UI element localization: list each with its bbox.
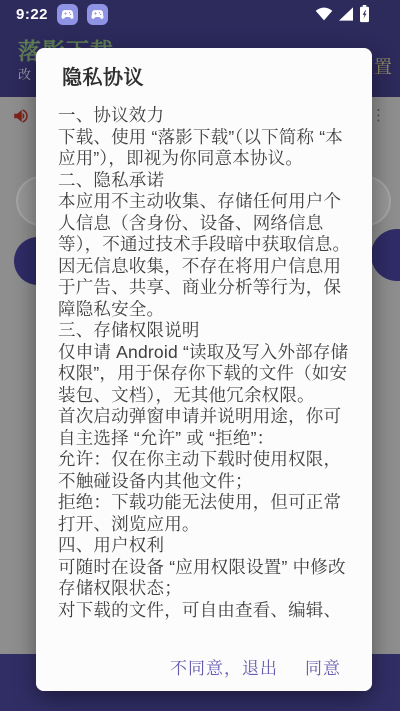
notice-text-fragment: ⋮: [371, 109, 386, 123]
privacy-dialog: 隐私协议 一、协议效力下载、使用 “落影下载”（以下简称 “本应用”），即视为你…: [36, 48, 372, 691]
dialog-title: 隐私协议: [62, 65, 372, 92]
privacy-paragraph: 仅申请 Android “读取及写入外部存储权限”，用于保存你下载的文件（如安装…: [58, 342, 351, 407]
privacy-paragraph: 因无信息收集，不存在将用户信息用于广告、共享、商业分析等行为，保障隐私安全。: [58, 256, 351, 321]
privacy-paragraph: 对下载的文件，可自由查看、编辑、: [58, 600, 351, 622]
clock: 9:22: [16, 6, 48, 23]
circle-button-right[interactable]: [371, 229, 400, 281]
privacy-paragraph: 可随时在设备 “应用权限设置” 中修改存储权限状态；: [58, 557, 351, 600]
privacy-paragraph: 三、存储权限说明: [58, 320, 351, 342]
privacy-paragraph: 允许：仅在你主动下载时使用权限，不触碰设备内其他文件；: [58, 449, 351, 492]
privacy-paragraph: 一、协议效力: [58, 105, 351, 127]
privacy-paragraph: 二、隐私承诺: [58, 170, 351, 192]
privacy-paragraph: 首次启动弹窗申请并说明用途，你可自主选择 “允许” 或 “拒绝”：: [58, 406, 351, 449]
status-bar: 9:22: [0, 0, 400, 28]
status-icons: [315, 0, 370, 28]
privacy-paragraph: 四、用户权利: [58, 535, 351, 557]
wifi-icon: [315, 7, 333, 21]
privacy-paragraph: 下载、使用 “落影下载”（以下简称 “本应用”），即视为你同意本协议。: [58, 127, 351, 170]
battery-charging-icon: [359, 5, 370, 23]
privacy-paragraph: 拒绝：下载功能无法使用，但可正常打开、浏览应用。: [58, 492, 351, 535]
cellular-signal-icon: [338, 7, 354, 21]
screen: 9:22 落影下载 改 置 ⋮ 请: [0, 0, 400, 711]
background-app-subtitle: 改: [18, 64, 31, 83]
background-header-right-text: 置: [374, 53, 392, 79]
gamepad-icon: [87, 4, 108, 25]
privacy-paragraph: 本应用不主动收集、存储任何用户个人信息（含身份、设备、网络信息等），不通过技术手…: [58, 191, 351, 256]
dialog-actions: 不同意，退出 同意: [36, 641, 372, 691]
accept-button[interactable]: 同意: [305, 654, 341, 679]
gamepad-icon: [57, 4, 78, 25]
dialog-body[interactable]: 一、协议效力下载、使用 “落影下载”（以下简称 “本应用”），即视为你同意本协议…: [36, 105, 372, 691]
megaphone-icon: [12, 107, 30, 125]
decline-button[interactable]: 不同意，退出: [170, 654, 278, 679]
